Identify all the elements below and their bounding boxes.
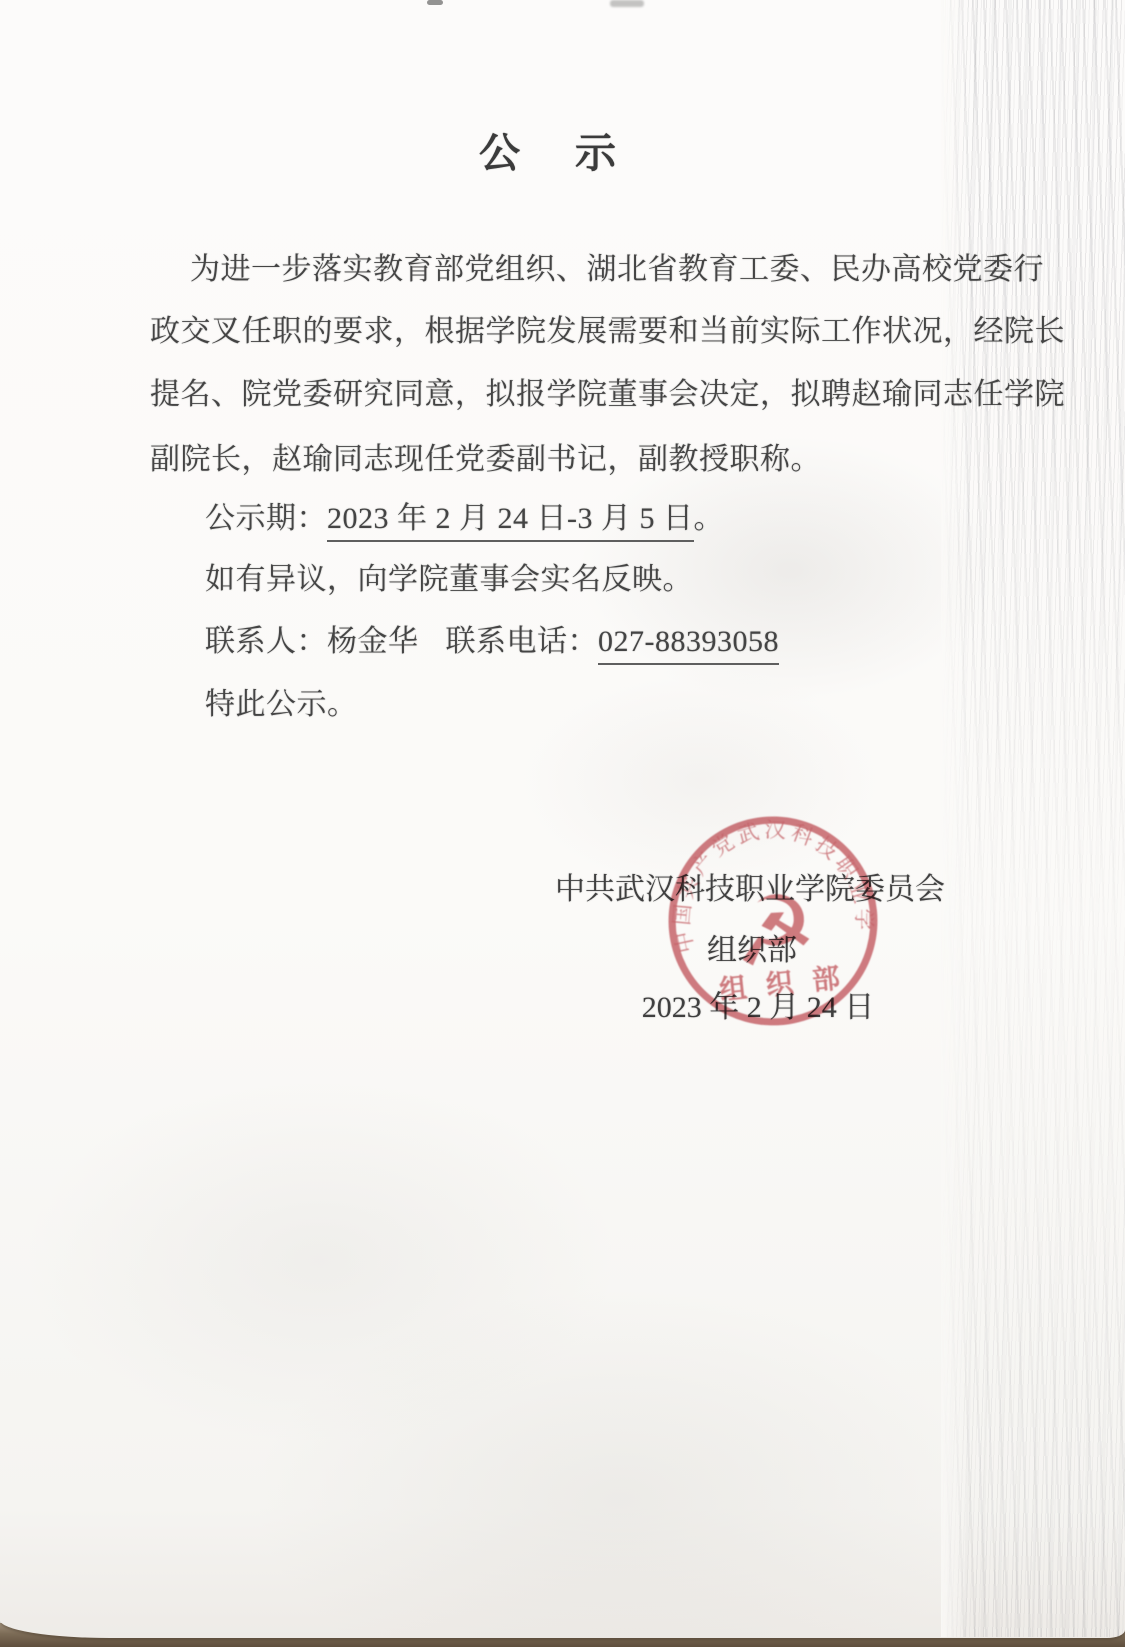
contact-phone-label: 联系电话： [446, 625, 599, 658]
contact-person-label: 联系人： [205, 625, 327, 658]
closing-line: 特此公示。 [150, 685, 358, 725]
period-suffix: 。 [694, 502, 725, 535]
objection-line: 如有异议，向学院董事会实名反映。 [150, 560, 693, 600]
paragraph-line-1: 为进一步落实教育部党组织、湖北省教育工委、民办高校党委行 [150, 250, 1044, 290]
period-value-underlined: 2023 年 2 月 24 日-3 月 5 日 [327, 502, 694, 542]
contact-person-name: 杨金华 [327, 625, 419, 658]
contact-line: 联系人：杨金华联系电话：027-88393058 [150, 622, 779, 662]
scan-artifact [427, 0, 443, 5]
seal-graphic: 中国共产党武汉科技职业学院委员会 ☭ 组 织 部 [655, 803, 890, 1038]
period-label: 公示期： [205, 502, 327, 535]
paragraph-line-3: 提名、院党委研究同意，拟报学院董事会决定，拟聘赵瑜同志任学院 [150, 375, 1065, 415]
photo-of-document: 公 示 为进一步落实教育部党组织、湖北省教育工委、民办高校党委行 政交叉任职的要… [0, 0, 1125, 1647]
paragraph-line-2: 政交叉任职的要求，根据学院发展需要和当前实际工作状况，经院长 [150, 312, 1065, 352]
publicity-period-line: 公示期：2023 年 2 月 24 日-3 月 5 日。 [150, 499, 724, 539]
fabric-texture-band [941, 0, 1125, 1637]
paragraph-line-4: 副院长，赵瑜同志现任党委副书记，副教授职称。 [150, 440, 821, 480]
official-seal: 中国共产党武汉科技职业学院委员会 ☭ 组 织 部 [655, 803, 890, 1038]
contact-phone-underlined: 027-88393058 [598, 625, 779, 665]
scan-artifact [610, 0, 644, 7]
page-title: 公 示 [150, 120, 952, 179]
